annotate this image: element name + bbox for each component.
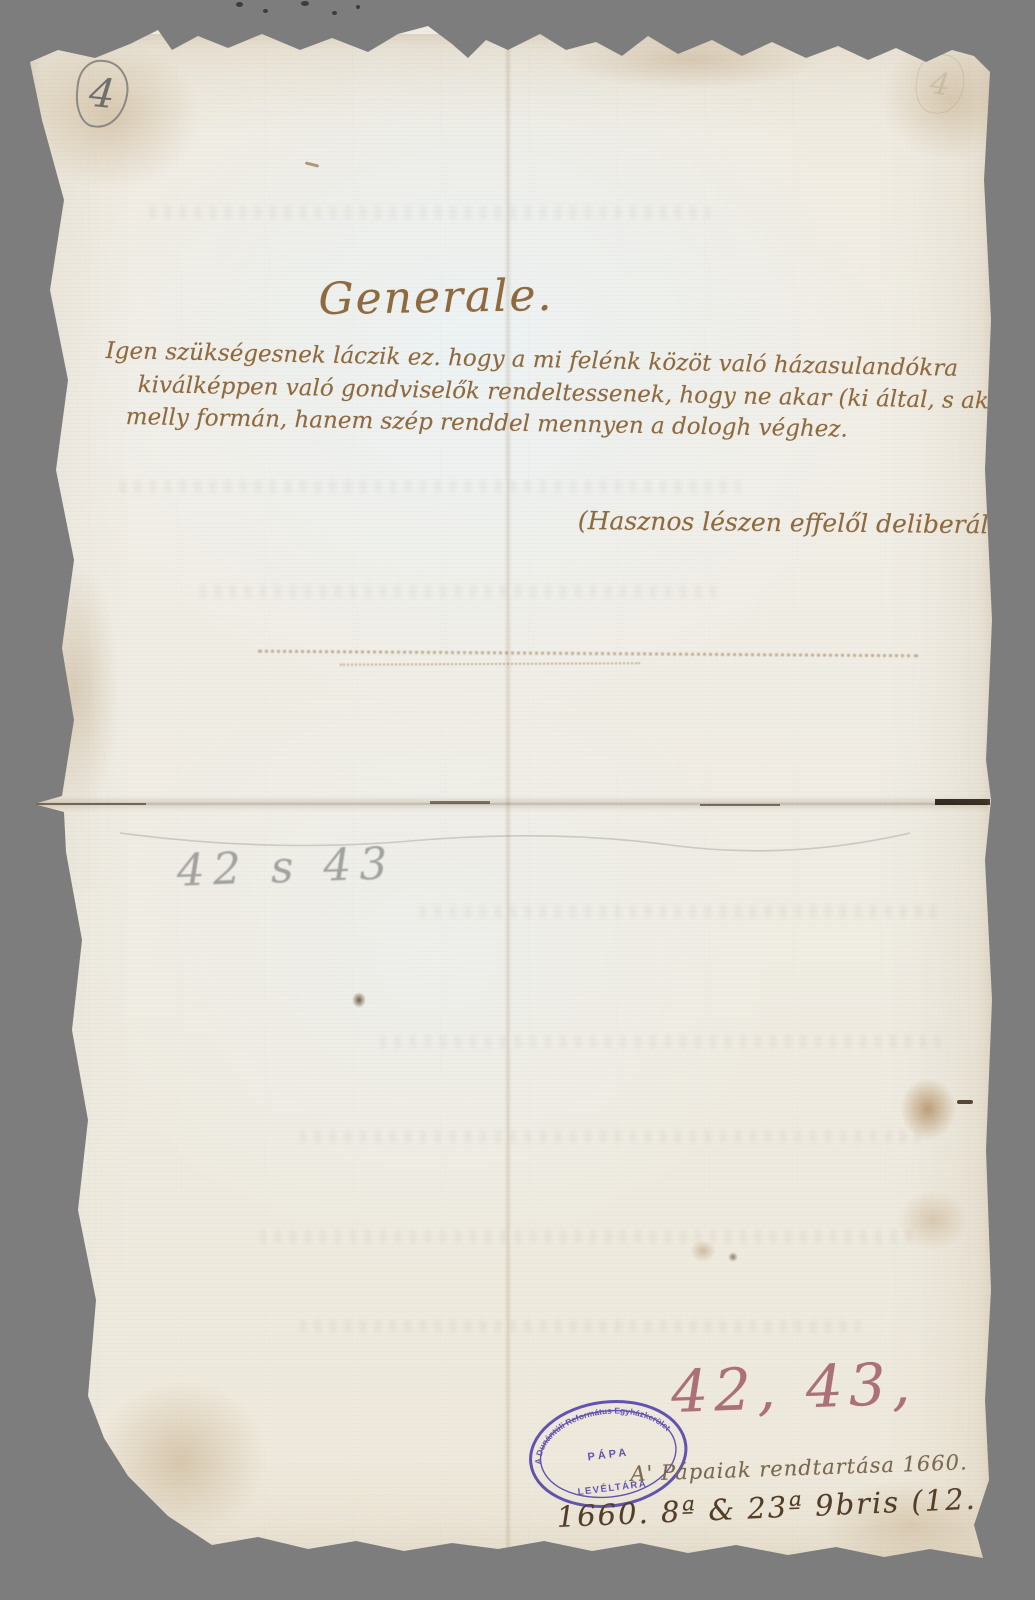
- manuscript-paper: 4 4 Generale. Igen szükségesnek láczik e…: [0, 0, 1035, 1600]
- scanner-debris-speck: [236, 2, 243, 7]
- edge-vignette: [28, 34, 993, 1562]
- scanner-debris-speck: [301, 1, 309, 6]
- scanner-debris-speck: [263, 9, 268, 13]
- scanner-debris-speck: [332, 11, 337, 15]
- scanner-debris-speck: [356, 5, 360, 9]
